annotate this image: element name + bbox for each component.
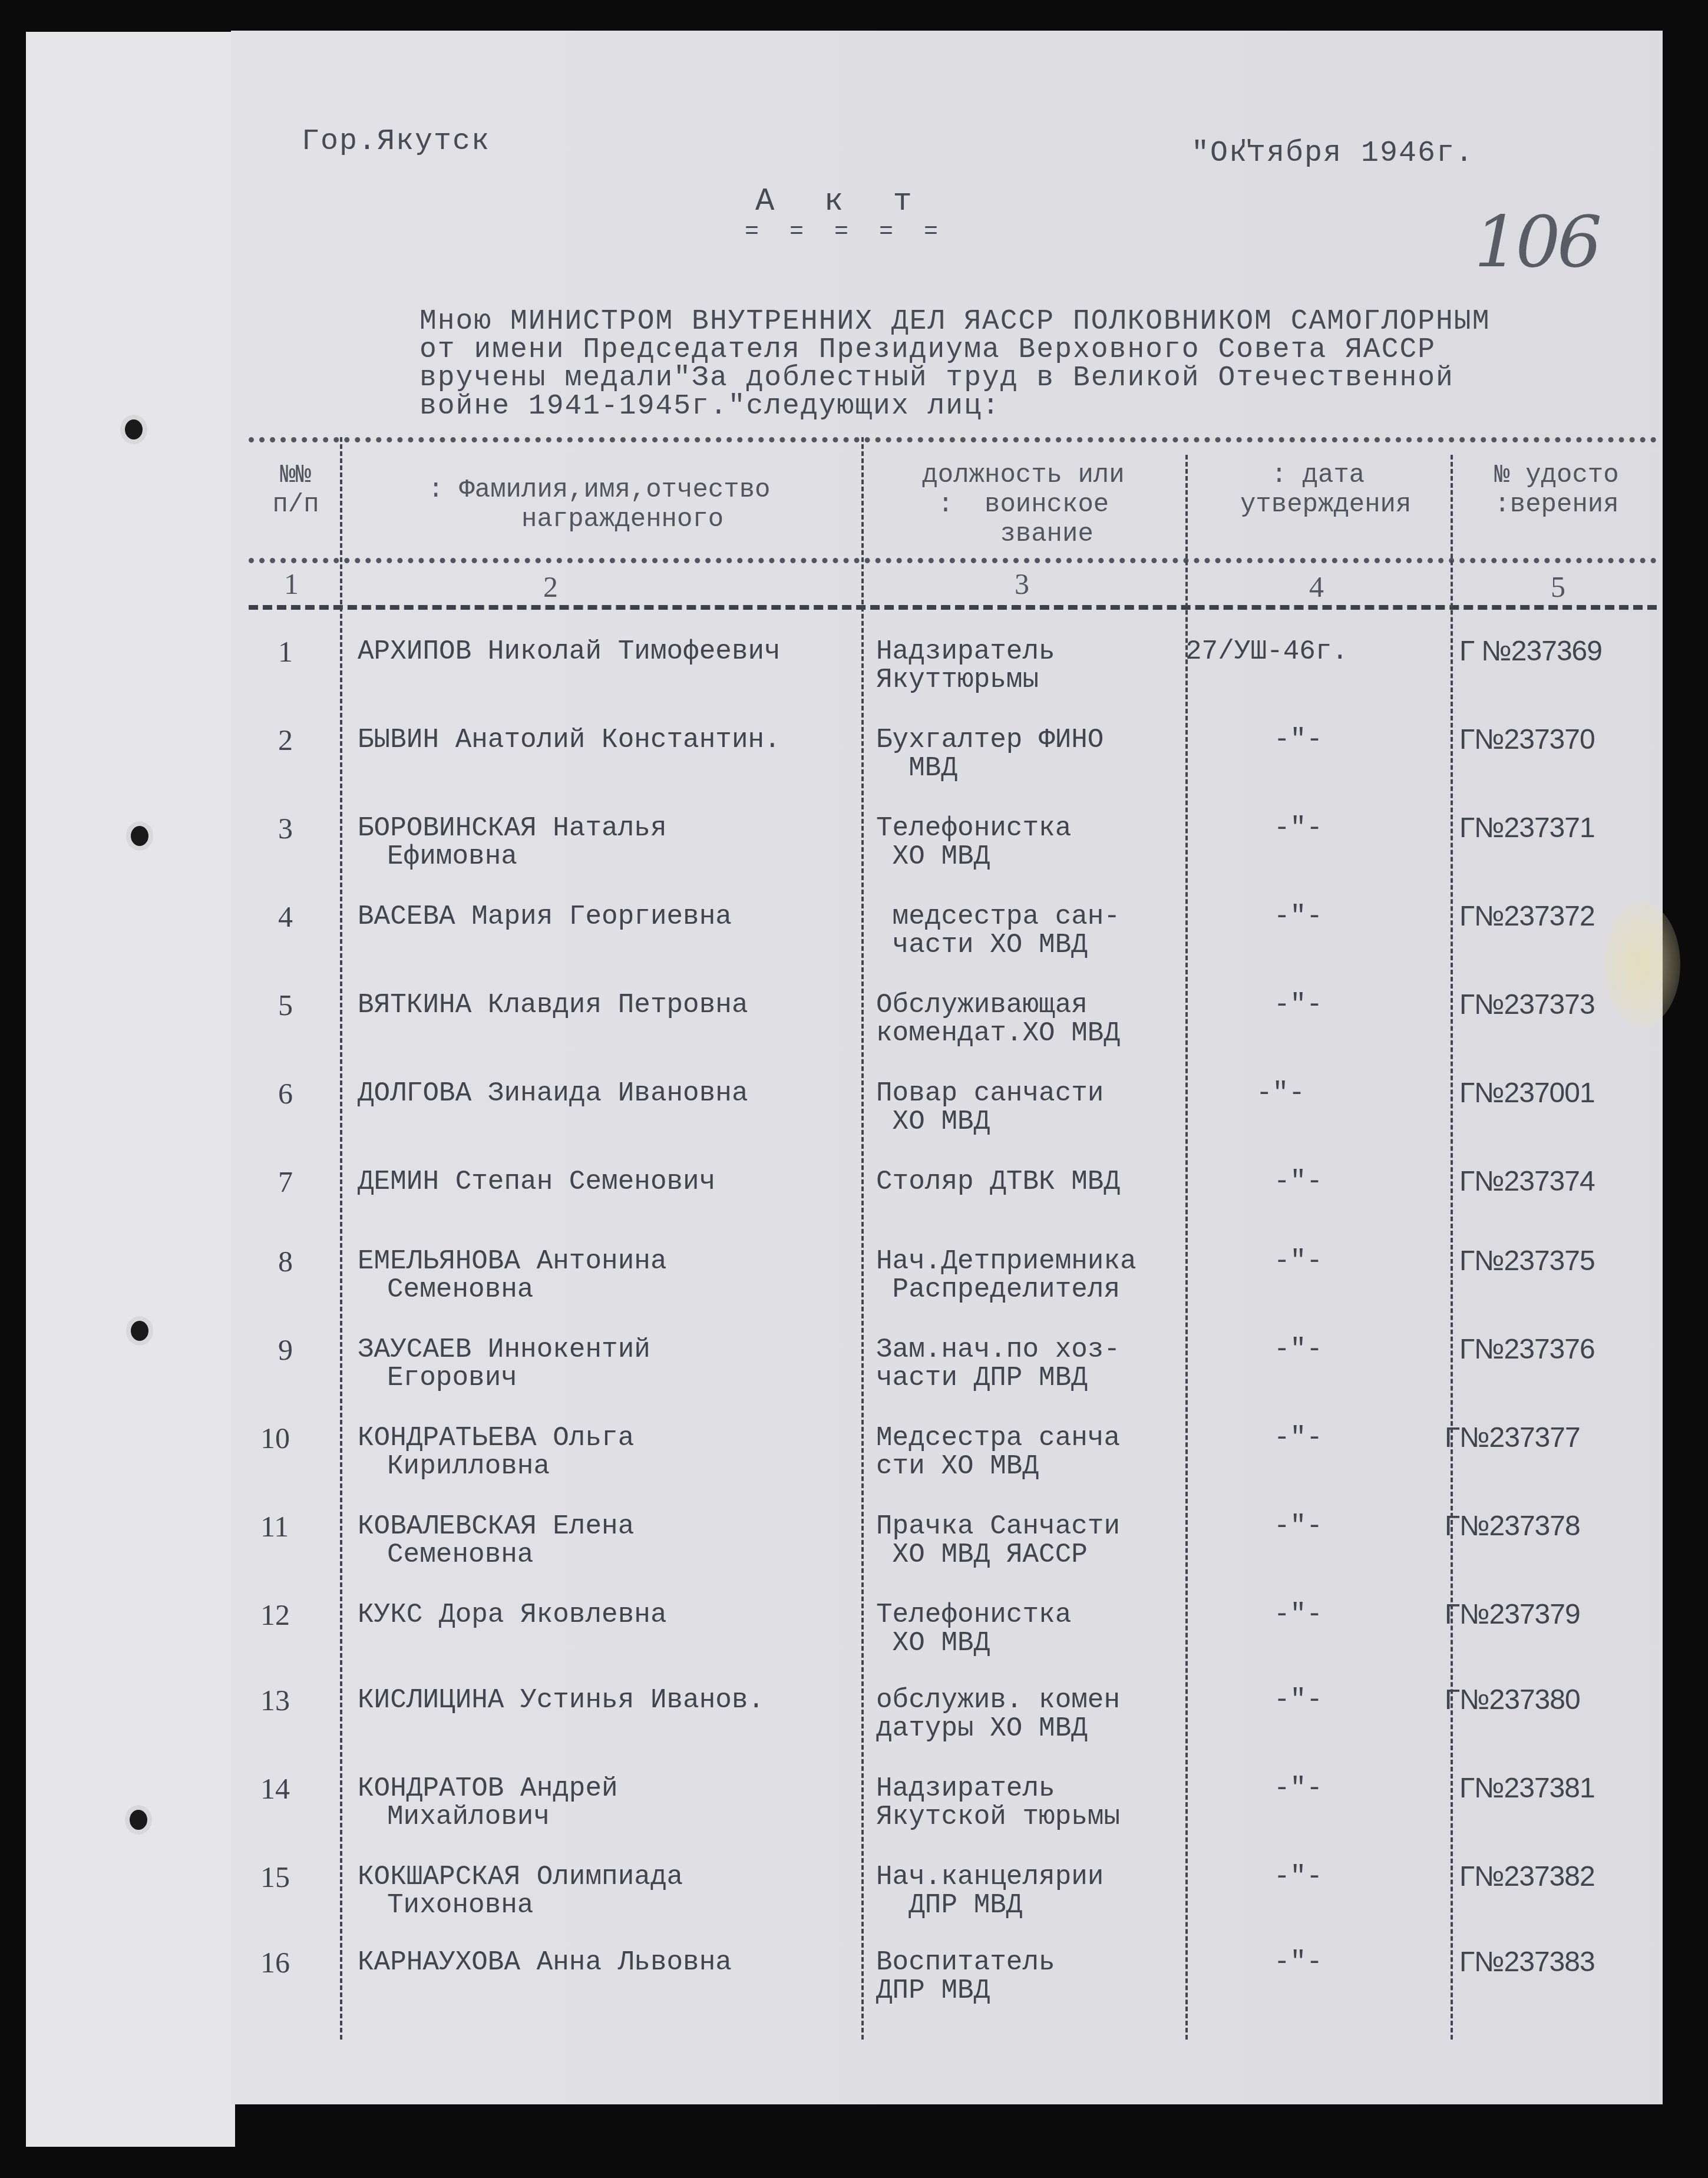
awardee-name: КУКС Дора Яковлевна: [358, 1601, 667, 1629]
row-number: 1: [278, 637, 293, 666]
row-number: 10: [260, 1424, 290, 1452]
table-row: 11 КОВАЛЕВСКАЯ ЕленаСеменовна Прачка Сан…: [231, 1512, 1663, 1599]
intro-line: от имени Председателя Президиума Верховн…: [419, 336, 1645, 364]
approval-date: -"-: [1256, 1079, 1305, 1108]
approval-date: -"-: [1274, 1863, 1323, 1891]
certificate-number: Г№237377: [1445, 1424, 1580, 1452]
column-number: 3: [1015, 567, 1029, 601]
table-row: 1 АРХИПОВ Николай Тимофеевич Надзиратель…: [231, 637, 1663, 725]
awardee-name: КИСЛИЦИНА Устинья Иванов.: [358, 1686, 764, 1714]
approval-date: -"-: [1274, 814, 1323, 842]
approval-date: 27/УШ-46г.: [1185, 637, 1348, 666]
approval-date: -"-: [1274, 1168, 1323, 1196]
folio-number: 106: [1474, 201, 1598, 283]
position: НадзирательЯкуттюрьмы: [876, 637, 1055, 694]
column-number: 2: [543, 570, 558, 604]
table-top-rule: [249, 437, 1657, 442]
certificate-number: Г№237373: [1459, 991, 1595, 1019]
position: Повар санчасти ХО МВД: [876, 1079, 1104, 1136]
awardee-name: КОНДРАТЬЕВА ОльгаКирилловна: [358, 1424, 634, 1480]
position: Телефонистка ХО МВД: [876, 1601, 1071, 1657]
certificate-number: Г №237369: [1459, 637, 1602, 666]
table-row: 9 ЗАУСАЕВ ИннокентийЕгорович Зам.нач.по …: [231, 1336, 1663, 1423]
position: Нач.канцелярии ДПР МВД: [876, 1863, 1104, 1919]
row-number: 14: [260, 1774, 290, 1803]
table-row: 13 КИСЛИЦИНА Устинья Иванов. обслужив. к…: [231, 1686, 1663, 1773]
certificate-number: Г№237376: [1459, 1336, 1595, 1364]
title-underline: = = = = =: [745, 219, 946, 246]
punch-hole: [125, 1805, 152, 1835]
position: ВоспитательДПР МВД: [876, 1948, 1055, 2005]
position: Бухгалтер ФИНО МВД: [876, 726, 1104, 782]
header-name: : Фамилия,имя,отчество награжденного: [346, 475, 853, 534]
awardee-name: ЗАУСАЕВ ИннокентийЕгорович: [358, 1336, 650, 1392]
awardee-name: БОРОВИНСКАЯ НатальяЕфимовна: [358, 814, 667, 871]
approval-date: -"-: [1274, 1601, 1323, 1629]
position: Обслуживающаякомендат.ХО МВД: [876, 991, 1120, 1047]
intro-line: Мною МИНИСТРОМ ВНУТРЕННИХ ДЕЛ ЯАССР ПОЛК…: [419, 308, 1645, 336]
position: НадзирательЯкутской тюрьмы: [876, 1774, 1120, 1831]
header-bottom-rule: [249, 558, 1657, 563]
row-number: 6: [278, 1079, 293, 1108]
awardee-name: КОКШАРСКАЯ ОлимпиадаТихоновна: [358, 1863, 683, 1919]
row-number: 9: [278, 1336, 293, 1364]
city-line: Гор.Якутск: [302, 125, 490, 158]
table-row: 4 ВАСЕВА Мария Георгиевна медсестра сан-…: [231, 903, 1663, 990]
certificate-number: Г№237379: [1445, 1601, 1580, 1629]
certificate-number: Г№237382: [1459, 1863, 1595, 1891]
awardee-name: ДОЛГОВА Зинаида Ивановна: [358, 1079, 748, 1108]
position: Нач.Детприемника Распределителя: [876, 1247, 1137, 1304]
column-number-rule: [249, 605, 1657, 610]
position: обслужив. комендатуры ХО МВД: [876, 1686, 1120, 1743]
position: Прачка Санчасти ХО МВД ЯАССР: [876, 1512, 1120, 1569]
approval-date: -"-: [1274, 1247, 1323, 1275]
awardee-name: АРХИПОВ Николай Тимофеевич: [358, 637, 781, 666]
document-title: А к т: [755, 184, 927, 220]
row-number: 8: [278, 1247, 293, 1275]
position: Телефонистка ХО МВД: [876, 814, 1071, 871]
punch-hole: [126, 821, 153, 851]
certificate-number: Г№237380: [1445, 1686, 1580, 1714]
table-row: 10 КОНДРАТЬЕВА ОльгаКирилловна Медсестра…: [231, 1424, 1663, 1511]
document-page: Гор.Якутск " "Октября 1946г. А к т = = =…: [231, 31, 1663, 2104]
table-row: 2 БЫВИН Анатолий Константин. Бухгалтер Ф…: [231, 726, 1663, 813]
row-number: 16: [260, 1948, 290, 1977]
approval-date: -"-: [1274, 726, 1323, 754]
awardee-name: ЕМЕЛЬЯНОВА АнтонинаСеменовна: [358, 1247, 667, 1304]
approval-date: -"-: [1274, 1512, 1323, 1541]
position: медсестра сан- части ХО МВД: [876, 903, 1120, 959]
approval-date: -"-: [1274, 1948, 1323, 1977]
header-position: должность или : воинское звание: [867, 461, 1180, 549]
document-date: "Октября 1946г.: [1191, 137, 1474, 170]
certificate-number: Г№237375: [1459, 1247, 1595, 1275]
left-binding-strip: [26, 32, 235, 2147]
awardee-name: ВЯТКИНА Клавдия Петровна: [358, 991, 748, 1019]
approval-date: -"-: [1274, 903, 1323, 931]
awardee-name: КАРНАУХОВА Анна Львовна: [358, 1948, 732, 1977]
certificate-number: Г№237378: [1445, 1512, 1580, 1541]
row-number: 5: [278, 991, 293, 1019]
certificate-number: Г№237372: [1459, 903, 1595, 931]
approval-date: -"-: [1274, 1424, 1323, 1452]
column-number: 5: [1551, 570, 1565, 604]
approval-date: -"-: [1274, 1774, 1323, 1803]
certificate-number: Г№237381: [1459, 1774, 1595, 1803]
row-number: 15: [260, 1863, 290, 1891]
row-number: 4: [278, 903, 293, 931]
table-row: 15 КОКШАРСКАЯ ОлимпиадаТихоновна Нач.кан…: [231, 1863, 1663, 1950]
punch-hole: [120, 415, 147, 444]
awardee-name: ВАСЕВА Мария Георгиевна: [358, 903, 732, 931]
row-number: 11: [260, 1512, 289, 1541]
intro-line: войне 1941-1945г."следующих лиц:: [419, 392, 1645, 421]
awardee-name: ДЕМИН Степан Семенович: [358, 1168, 715, 1196]
approval-date: -"-: [1274, 1686, 1323, 1714]
position: Столяр ДТВК МВД: [876, 1168, 1120, 1196]
approval-date: -"-: [1274, 991, 1323, 1019]
certificate-number: Г№237374: [1459, 1168, 1595, 1196]
certificate-number: Г№237370: [1459, 726, 1595, 754]
certificate-number: Г№237001: [1459, 1079, 1595, 1108]
row-number: 2: [278, 726, 293, 754]
certificate-number: Г№237371: [1459, 814, 1595, 842]
table-row: 14 КОНДРАТОВ АндрейМихайлович Надзирател…: [231, 1774, 1663, 1862]
header-date: : дата утверждения: [1191, 461, 1445, 520]
table-row: 12 КУКС Дора Яковлевна Телефонистка ХО М…: [231, 1601, 1663, 1688]
table-row: 6 ДОЛГОВА Зинаида Ивановна Повар санчаст…: [231, 1079, 1663, 1166]
position: Медсестра санчасти ХО МВД: [876, 1424, 1120, 1480]
awardee-name: КОНДРАТОВ АндрейМихайлович: [358, 1774, 618, 1831]
table-row: 8 ЕМЕЛЬЯНОВА АнтонинаСеменовна Нач.Детпр…: [231, 1247, 1663, 1334]
awardee-name: БЫВИН Анатолий Константин.: [358, 726, 781, 754]
row-number: 3: [278, 814, 293, 842]
column-number: 1: [284, 567, 299, 601]
table-row: 7 ДЕМИН Степан Семенович Столяр ДТВК МВД…: [231, 1168, 1663, 1255]
certificate-number: Г№237383: [1459, 1948, 1595, 1977]
table-row: 5 ВЯТКИНА Клавдия Петровна Обслуживающая…: [231, 991, 1663, 1078]
table-row: 16 КАРНАУХОВА Анна Львовна ВоспитательДП…: [231, 1948, 1663, 2035]
table-row: 3 БОРОВИНСКАЯ НатальяЕфимовна Телефонист…: [231, 814, 1663, 901]
intro-line: вручены медали"За доблестный труд в Вели…: [419, 364, 1645, 392]
row-number: 13: [260, 1686, 290, 1714]
header-certificate: № удосто :верения: [1456, 461, 1657, 520]
punch-hole: [126, 1316, 153, 1346]
awardee-name: КОВАЛЕВСКАЯ ЕленаСеменовна: [358, 1512, 634, 1569]
position: Зам.нач.по хоз-части ДПР МВД: [876, 1336, 1120, 1392]
row-number: 12: [260, 1601, 290, 1629]
paper-stain: [1604, 903, 1680, 1026]
row-number: 7: [278, 1168, 293, 1196]
intro-paragraph: Мною МИНИСТРОМ ВНУТРЕННИХ ДЕЛ ЯАССР ПОЛК…: [419, 308, 1645, 421]
approval-date: -"-: [1274, 1336, 1323, 1364]
column-number: 4: [1309, 570, 1324, 604]
header-number: №№ п/п: [255, 461, 337, 520]
